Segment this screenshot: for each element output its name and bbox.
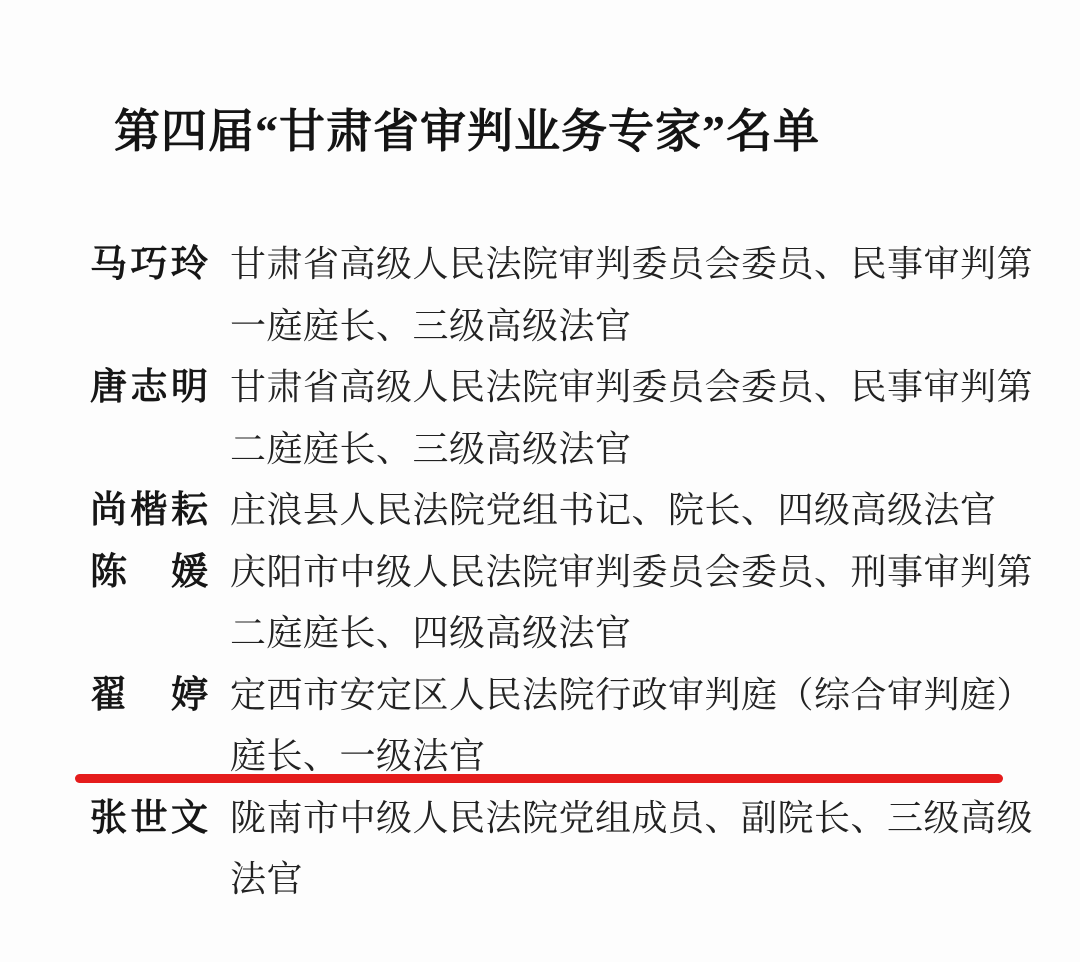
expert-entry: 陈媛 庆阳市中级人民法院审判委员会委员、刑事审判第 二庭庭长、四级高级法官: [90, 542, 1060, 665]
expert-description: 定西市安定区人民法院行政审判庭（综合审判庭） 庭长、一级法官: [230, 665, 1060, 788]
expert-description: 甘肃省高级人民法院审判委员会委员、民事审判第 一庭庭长、三级高级法官: [230, 234, 1060, 357]
expert-entry: 张世文 陇南市中级人民法院党组成员、副院长、三级高级 法官: [90, 788, 1060, 911]
expert-entry: 尚楷耘 庄浪县人民法院党组书记、院长、四级高级法官: [90, 480, 1060, 542]
document-page: 第四届“甘肃省审判业务专家”名单 马巧玲 甘肃省高级人民法院审判委员会委员、民事…: [0, 0, 1080, 962]
expert-name: 尚楷耘: [90, 480, 208, 542]
expert-list: 马巧玲 甘肃省高级人民法院审判委员会委员、民事审判第 一庭庭长、三级高级法官 唐…: [0, 234, 1080, 911]
expert-description: 甘肃省高级人民法院审判委员会委员、民事审判第 二庭庭长、三级高级法官: [230, 357, 1060, 480]
expert-name: 张世文: [90, 788, 208, 850]
expert-name: 唐志明: [90, 357, 208, 419]
expert-entry: 马巧玲 甘肃省高级人民法院审判委员会委员、民事审判第 一庭庭长、三级高级法官: [90, 234, 1060, 357]
expert-name: 马巧玲: [90, 234, 208, 296]
document-title: 第四届“甘肃省审判业务专家”名单: [0, 0, 1080, 164]
expert-name: 陈媛: [90, 542, 208, 604]
expert-description: 庄浪县人民法院党组书记、院长、四级高级法官: [230, 480, 1060, 542]
expert-description: 庆阳市中级人民法院审判委员会委员、刑事审判第 二庭庭长、四级高级法官: [230, 542, 1060, 665]
expert-entry: 翟婷 定西市安定区人民法院行政审判庭（综合审判庭） 庭长、一级法官: [90, 665, 1060, 788]
expert-description: 陇南市中级人民法院党组成员、副院长、三级高级 法官: [230, 788, 1060, 911]
highlight-underline: [75, 774, 1003, 783]
expert-entry: 唐志明 甘肃省高级人民法院审判委员会委员、民事审判第 二庭庭长、三级高级法官: [90, 357, 1060, 480]
expert-name: 翟婷: [90, 665, 208, 727]
